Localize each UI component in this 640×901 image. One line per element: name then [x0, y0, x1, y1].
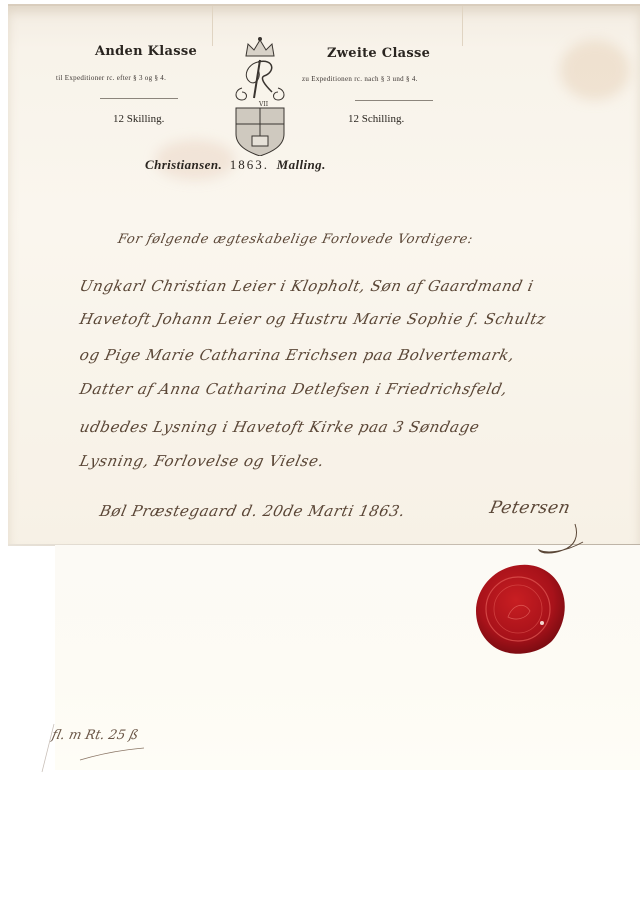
- handwritten-line: Lysning, Forlovelse og Vielse.: [78, 452, 326, 470]
- paper-crease: [212, 6, 213, 46]
- signature: Petersen: [488, 498, 573, 518]
- header-left-price: 12 Skilling.: [113, 113, 164, 125]
- printer-left-name: Christiansen.: [145, 157, 222, 172]
- margin-note-strokes-icon: [40, 720, 150, 780]
- header-right-subtitle: zu Expeditionen rc. nach § 3 und § 4.: [302, 75, 418, 83]
- header-left-title: Anden Klasse: [95, 44, 197, 59]
- header-right-price: 12 Schilling.: [348, 113, 404, 125]
- handwritten-line: Datter af Anna Catharina Detlefsen i Fri…: [78, 380, 509, 398]
- handwritten-line: udbedes Lysning i Havetoft Kirke paa 3 S…: [78, 418, 481, 436]
- svg-text:VII: VII: [258, 101, 269, 108]
- printer-right-name: Malling.: [277, 157, 326, 172]
- dateline: Bøl Præstegaard d. 20de Marti 1863.: [98, 502, 407, 520]
- paper-crease: [462, 6, 463, 46]
- handwritten-line: og Pige Marie Catharina Erichsen paa Bol…: [78, 346, 516, 364]
- header-right-rule: [355, 100, 433, 101]
- printer-line: Christiansen. 1863. Malling.: [145, 157, 326, 173]
- wax-seal-icon: [472, 561, 568, 657]
- header-left-rule: [100, 98, 178, 99]
- handwritten-line: For følgende ægteskabelige Forlovede Vor…: [116, 232, 474, 247]
- handwritten-line: Havetoft Johann Leier og Hustru Marie So…: [78, 310, 547, 328]
- crown-monogram-shield-icon: VII: [228, 36, 292, 156]
- printer-year: 1863.: [230, 157, 269, 172]
- header-right-title: Zweite Classe: [327, 46, 430, 61]
- signature-flourish-icon: [535, 520, 595, 560]
- paper-stain: [560, 40, 630, 100]
- header-left-subtitle: til Expeditioner rc. efter § 3 og § 4.: [56, 74, 166, 82]
- handwritten-line: Ungkarl Christian Leier i Klopholt, Søn …: [78, 277, 535, 295]
